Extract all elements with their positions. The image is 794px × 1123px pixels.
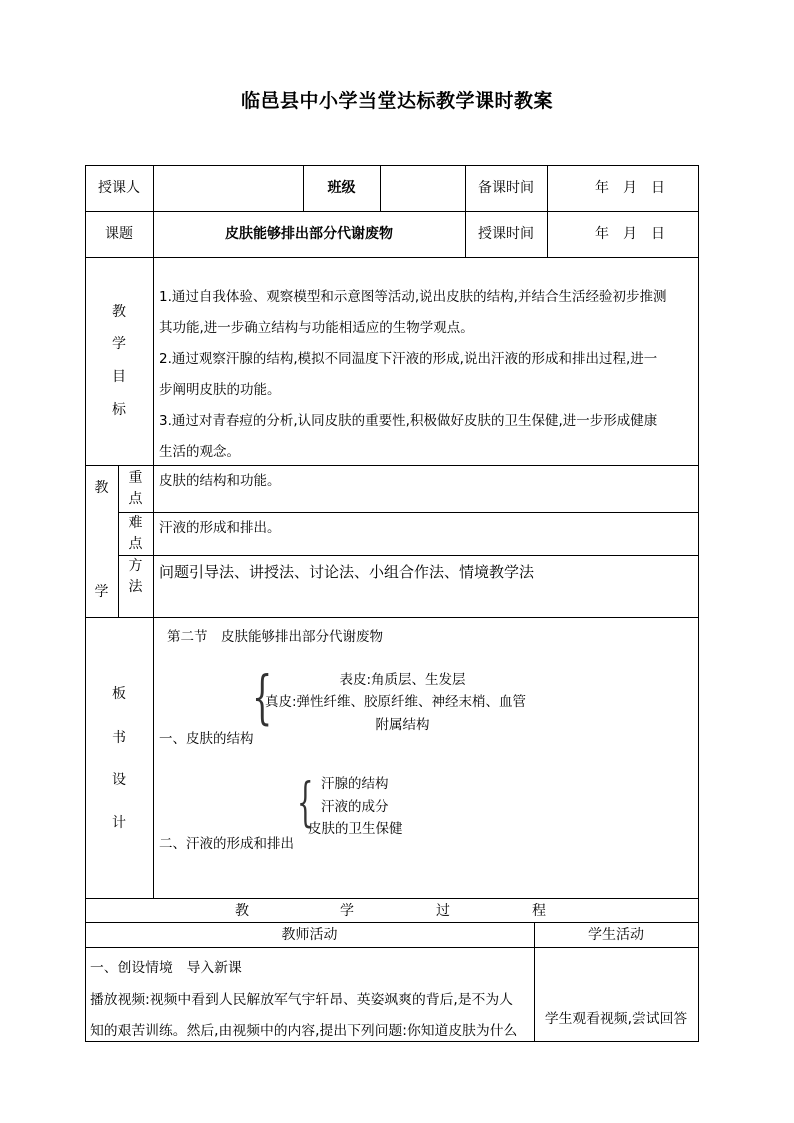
board-part2-item: 汗液的成分 xyxy=(321,795,389,815)
teacher-activity-line: 一、创设情境 导入新课 xyxy=(90,956,242,976)
row-border xyxy=(85,1041,699,1042)
label-char: 计 xyxy=(85,815,153,831)
col-border xyxy=(380,165,381,211)
heading-char: 教 xyxy=(235,903,249,919)
row-border xyxy=(85,165,699,166)
label-char: 教 xyxy=(85,304,153,320)
class-label: 班级 xyxy=(303,180,380,196)
prep-time-label: 备课时间 xyxy=(465,180,547,196)
student-activity-text: 学生观看视频,尝试回答 xyxy=(534,1007,698,1027)
teacher-activity-line: 播放视频:视频中看到人民解放军气宇轩昂、英姿飒爽的背后,是不为人 xyxy=(90,988,513,1008)
difficulty-text: 汗液的形成和排出。 xyxy=(159,516,281,536)
teacher-activity-header: 教师活动 xyxy=(85,927,534,943)
row-border xyxy=(118,555,699,556)
objective-line: 生活的观念。 xyxy=(159,440,240,460)
objective-line: 步阐明皮肤的功能。 xyxy=(159,378,281,398)
student-activity-header: 学生活动 xyxy=(534,927,698,943)
key-point-label: 点 xyxy=(118,491,153,507)
difficulty-label: 点 xyxy=(118,536,153,552)
teach-time-value[interactable]: 年 月 日 xyxy=(595,226,665,242)
topic-label: 课题 xyxy=(85,226,153,242)
board-part1-item: 附属结构 xyxy=(265,713,540,733)
row-border xyxy=(118,512,699,513)
objective-line: 1.通过自我体验、观察模型和示意图等活动,说出皮肤的结构,并结合生活经验初步推测 xyxy=(159,285,666,305)
method-label: 法 xyxy=(118,579,153,595)
board-part1-heading: 一、皮肤的结构 xyxy=(159,727,254,747)
row-border xyxy=(85,211,699,212)
row-border xyxy=(85,922,699,923)
method-label: 方 xyxy=(118,558,153,574)
teacher-label: 授课人 xyxy=(85,180,153,196)
method-text: 问题引导法、讲授法、讨论法、小组合作法、情境教学法 xyxy=(159,561,534,582)
heading-char: 程 xyxy=(532,903,546,919)
prep-time-value[interactable]: 年 月 日 xyxy=(595,180,665,196)
difficulty-label: 难 xyxy=(118,515,153,531)
col-border xyxy=(153,165,154,898)
col-border xyxy=(547,165,548,257)
row-border xyxy=(85,947,699,948)
document-title: 临邑县中小学当堂达标教学课时教案 xyxy=(0,86,794,113)
key-point-label: 重 xyxy=(118,470,153,486)
board-part2-heading: 二、汗液的形成和排出 xyxy=(159,832,294,852)
label-char: 设 xyxy=(85,772,153,788)
row-border xyxy=(85,617,699,618)
heading-char: 过 xyxy=(436,903,450,919)
board-part2-item: 皮肤的卫生保健 xyxy=(308,817,403,837)
objective-line: 2.通过观察汗腺的结构,模拟不同温度下汗液的形成,说出汗液的形成和排出过程,进一 xyxy=(159,347,657,367)
board-part2-item: 汗腺的结构 xyxy=(321,772,389,792)
row-border xyxy=(85,257,699,258)
row-border xyxy=(85,898,699,899)
teacher-activity-line: 知的艰苦训练。然后,由视频中的内容,提出下列问题:你知道皮肤为什么 xyxy=(90,1019,517,1039)
topic-value: 皮肤能够排出部分代谢废物 xyxy=(153,226,465,242)
label-char: 标 xyxy=(85,402,153,418)
label-char: 板 xyxy=(85,686,153,702)
col-border xyxy=(85,165,86,1042)
board-part1-item: 真皮:弹性纤维、胶原纤维、神经末梢、血管 xyxy=(265,690,526,710)
teach-time-label: 授课时间 xyxy=(465,226,547,242)
col-border xyxy=(465,165,466,257)
teaching-label-bottom: 学 xyxy=(85,584,118,600)
label-char: 目 xyxy=(85,369,153,385)
board-section-title: 第二节 皮肤能够排出部分代谢废物 xyxy=(167,625,383,645)
label-char: 书 xyxy=(85,730,153,746)
key-point-text: 皮肤的结构和功能。 xyxy=(159,469,281,489)
objective-line: 其功能,进一步确立结构与功能相适应的生物学观点。 xyxy=(159,316,474,336)
board-part1-item: 表皮:角质层、生发层 xyxy=(265,668,540,688)
heading-char: 学 xyxy=(340,903,354,919)
objective-line: 3.通过对青春痘的分析,认同皮肤的重要性,积极做好皮肤的卫生保健,进一步形成健康 xyxy=(159,409,657,429)
label-char: 学 xyxy=(85,336,153,352)
row-border xyxy=(85,465,699,466)
teaching-label-top: 教 xyxy=(85,480,118,496)
col-border xyxy=(698,165,699,1042)
